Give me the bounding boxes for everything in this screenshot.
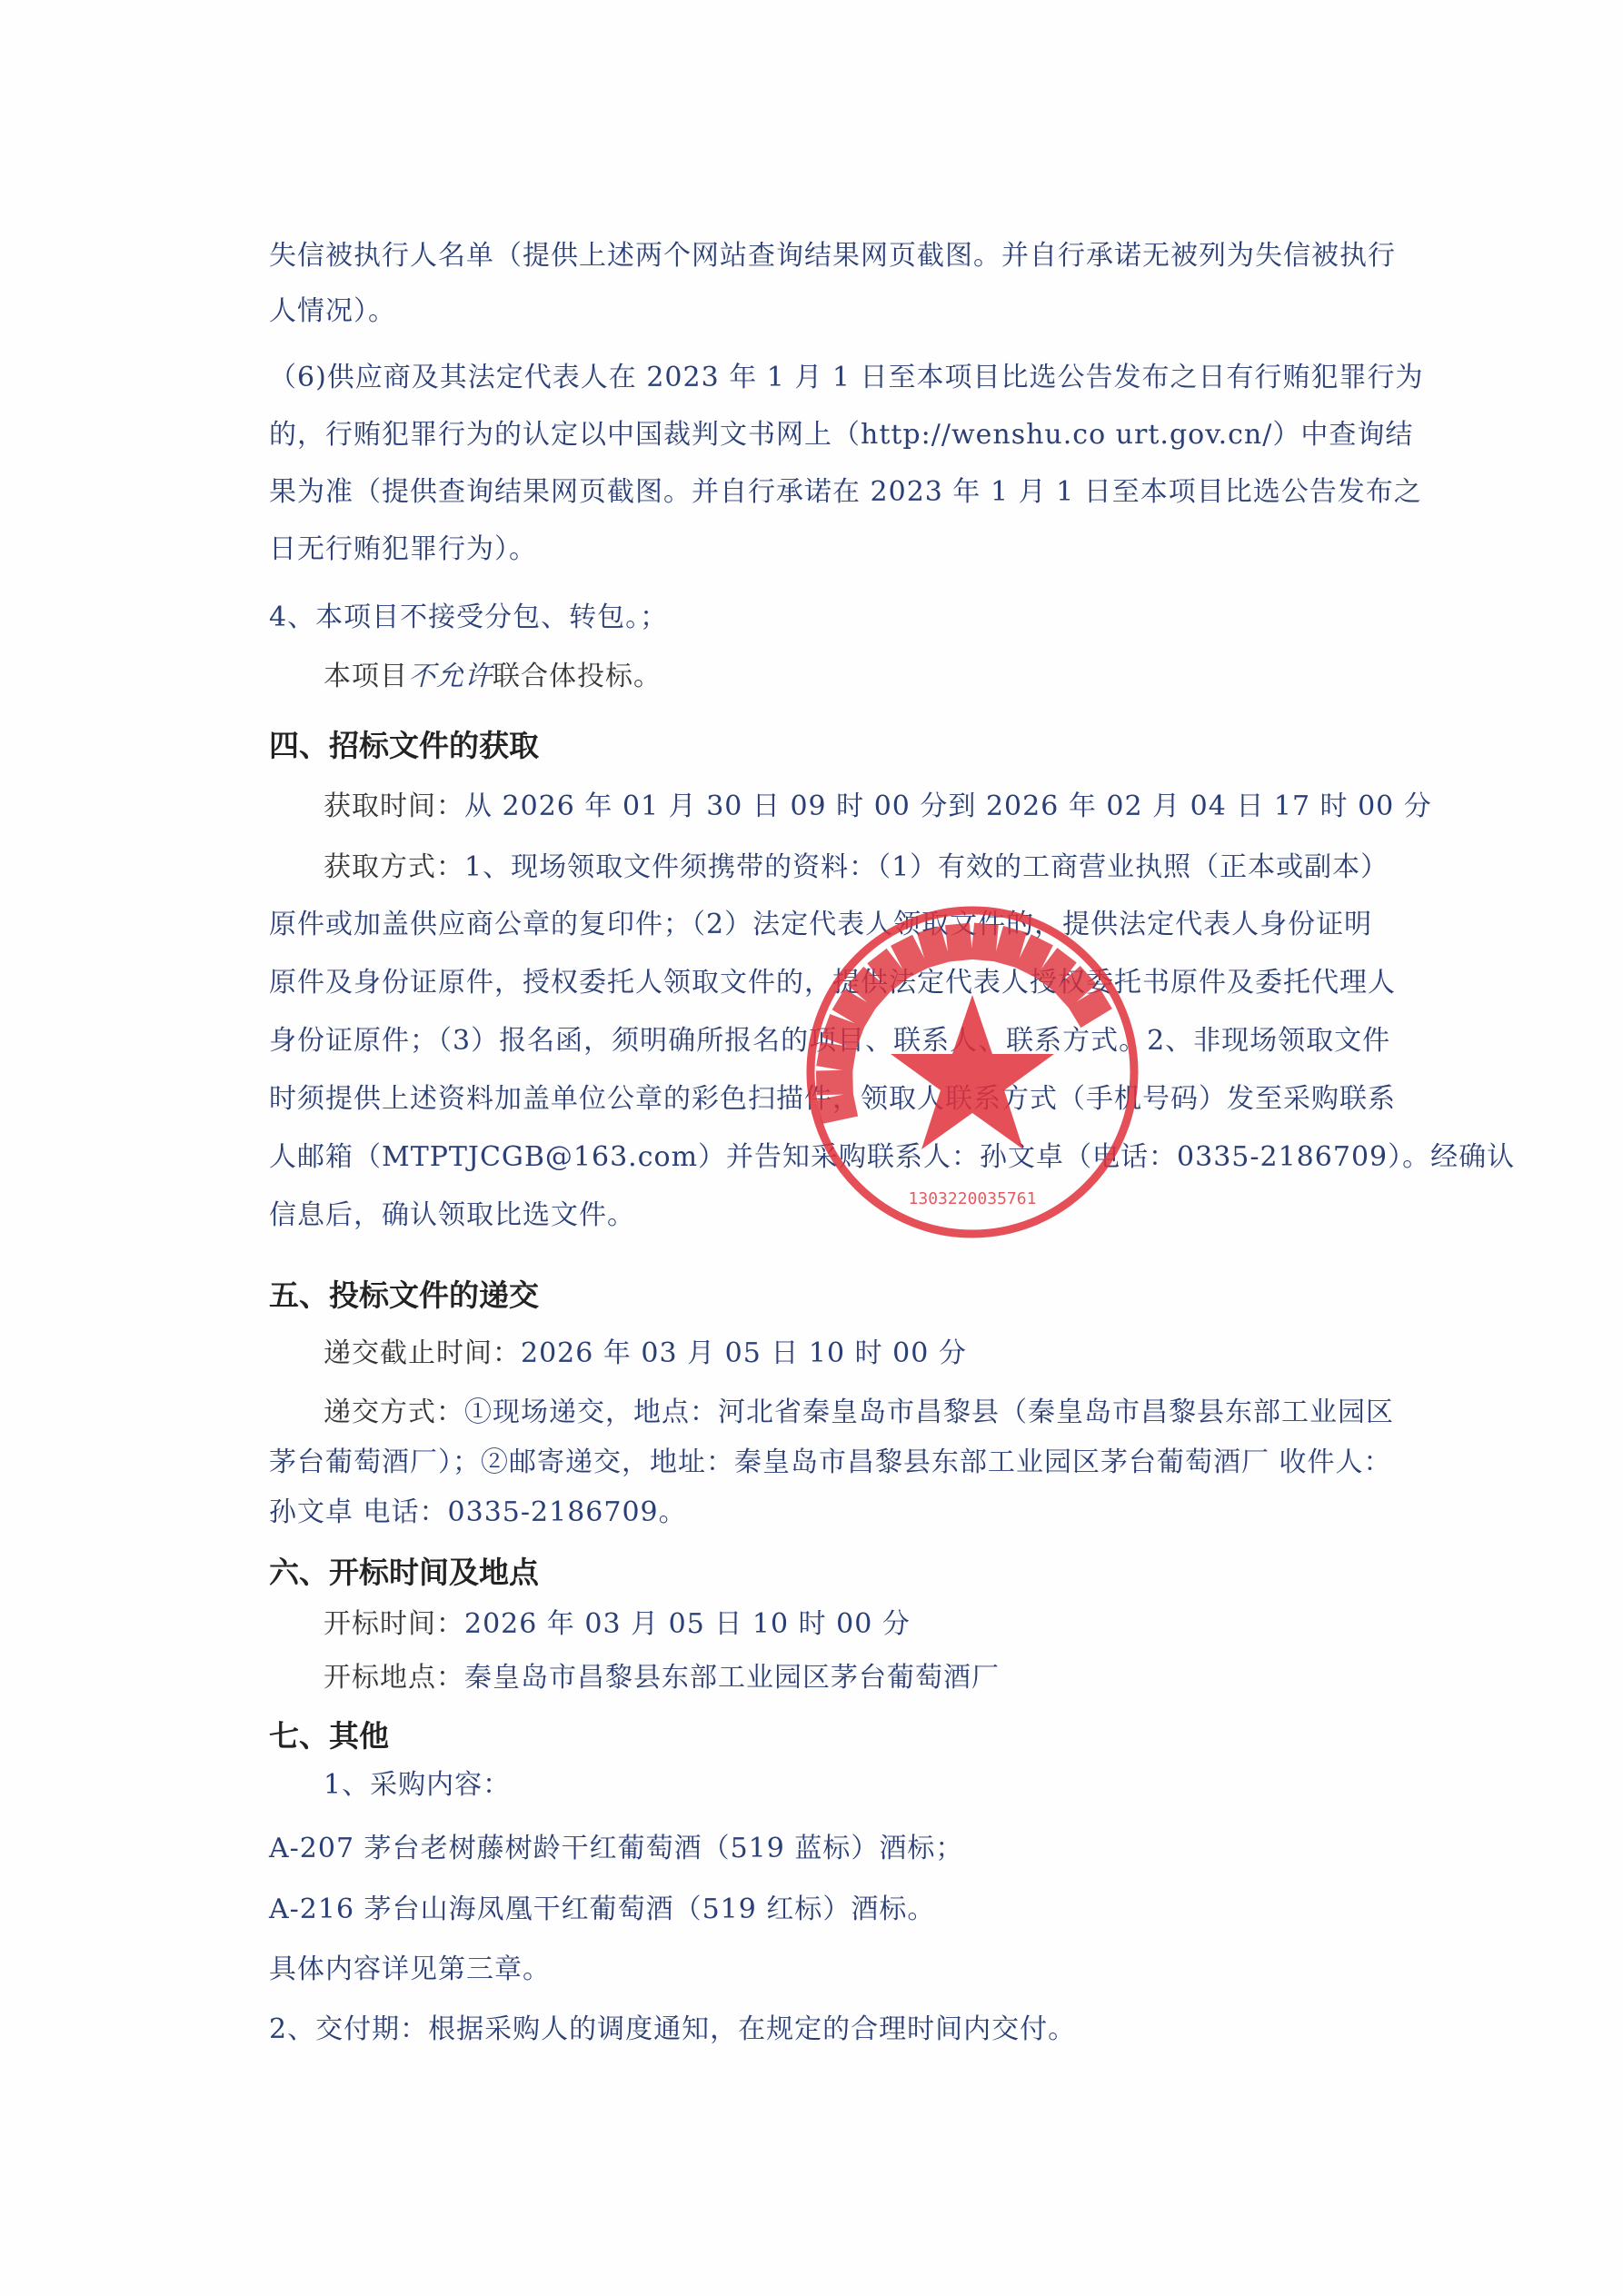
procurement-content-label: 1、采购内容：: [324, 1767, 511, 1804]
paragraph-line: 失信被执行人名单（提供上述两个网站查询结果网页截图。并自行承诺无被列为失信被执行: [269, 238, 1396, 274]
opening-place-label: 开标地点：: [324, 1662, 464, 1694]
paragraph-line: 日无行贿犯罪行为）。: [269, 532, 537, 568]
company-seal-icon: ████████████████ 1303220035761: [800, 900, 1145, 1245]
acquire-method-line: 获取方式：1、现场领取文件须携带的资料：（1）有效的工商营业执照（正本或副本）: [324, 850, 1389, 886]
opening-time-line: 开标时间：2026 年 03 月 05 日 10 时 00 分: [324, 1606, 911, 1643]
paragraph-line: 身份证原件；（3）报名函，须明确所报名的项目、联系人、联系方式。2、非现场领取文…: [269, 1023, 1390, 1059]
seal-serial: 1303220035761: [909, 1189, 1037, 1208]
acquire-time-line: 获取时间：从 2026 年 01 月 30 日 09 时 00 分到 2026 …: [324, 789, 1432, 825]
paragraph-line: 人情况）。: [269, 293, 396, 330]
document-page: 失信被执行人名单（提供上述两个网站查询结果网页截图。并自行承诺无被列为失信被执行…: [0, 0, 1623, 2296]
item-4: 4、本项目不接受分包、转包。；: [269, 600, 668, 636]
submit-method-text: ①现场递交，地点：河北省秦皇岛市昌黎县（秦皇岛市昌黎县东部工业园区: [464, 1396, 1394, 1428]
consortium-prefix: 本项目: [324, 661, 408, 692]
paragraph-line: 的，行贿犯罪行为的认定以中国裁判文书网上（http://wenshu.co ur…: [269, 417, 1413, 453]
goods-item: A-207 茅台老树藤树龄干红葡萄酒（519 蓝标）酒标；: [269, 1831, 963, 1867]
paragraph-line: 原件及身份证原件，授权委托人领取文件的，提供法定代表人授权委托书原件及委托代理人: [269, 965, 1396, 1001]
section-6-heading: 六、开标时间及地点: [269, 1549, 539, 1592]
acquire-method-label: 获取方式：: [324, 851, 464, 883]
paragraph-line: 时须提供上述资料加盖单位公章的彩色扫描件，领取人联系方式（手机号码）发至采购联系: [269, 1081, 1396, 1118]
acquire-time-label: 获取时间：: [324, 790, 464, 822]
deadline-label: 递交截止时间：: [324, 1337, 521, 1369]
section-5-heading: 五、投标文件的递交: [269, 1272, 539, 1315]
consortium-line: 本项目不允许联合体投标。: [324, 659, 662, 695]
section-4-heading: 四、招标文件的获取: [269, 722, 539, 765]
delivery-period: 2、交付期：根据采购人的调度通知，在规定的合理时间内交付。: [269, 2012, 1076, 2048]
section-7-heading: 七、其他: [269, 1713, 389, 1755]
paragraph-line: 茅台葡萄酒厂）；②邮寄递交，地址：秦皇岛市昌黎县东部工业园区茅台葡萄酒厂 收件人…: [269, 1445, 1392, 1481]
submit-method-line: 递交方式：①现场递交，地点：河北省秦皇岛市昌黎县（秦皇岛市昌黎县东部工业园区: [324, 1395, 1394, 1431]
consortium-italic: 不允许: [408, 661, 493, 692]
paragraph-line: 人邮箱（MTPTJCGB@163.com）并告知采购联系人：孙文卓（电话：033…: [269, 1139, 1515, 1176]
paragraph-line: 孙文卓 电话：0335-2186709。: [269, 1495, 687, 1531]
opening-time-label: 开标时间：: [324, 1608, 464, 1640]
acquire-time-value: 从 2026 年 01 月 30 日 09 时 00 分到 2026 年 02 …: [464, 790, 1432, 822]
paragraph-line: 原件或加盖供应商公章的复印件；（2）法定代表人领取文件的，提供法定代表人身份证明: [269, 907, 1372, 943]
goods-item: A-216 茅台山海凤凰干红葡萄酒（519 红标）酒标。: [269, 1892, 935, 1928]
paragraph-line: 信息后，确认领取比选文件。: [269, 1198, 635, 1234]
opening-place-line: 开标地点：秦皇岛市昌黎县东部工业园区茅台葡萄酒厂: [324, 1660, 1000, 1696]
consortium-suffix: 联合体投标。: [493, 661, 662, 692]
opening-time-value: 2026 年 03 月 05 日 10 时 00 分: [464, 1608, 911, 1640]
deadline-line: 递交截止时间：2026 年 03 月 05 日 10 时 00 分: [324, 1336, 967, 1372]
acquire-method-text: 1、现场领取文件须携带的资料：（1）有效的工商营业执照（正本或副本）: [464, 851, 1389, 883]
detail-note: 具体内容详见第三章。: [269, 1952, 551, 1988]
paragraph-line: （6)供应商及其法定代表人在 2023 年 1 月 1 日至本项目比选公告发布之…: [269, 360, 1424, 396]
submit-method-label: 递交方式：: [324, 1396, 464, 1428]
paragraph-line: 果为准（提供查询结果网页截图。并自行承诺在 2023 年 1 月 1 日至本项目…: [269, 474, 1422, 511]
opening-place-value: 秦皇岛市昌黎县东部工业园区茅台葡萄酒厂: [464, 1662, 1000, 1694]
deadline-value: 2026 年 03 月 05 日 10 时 00 分: [521, 1337, 967, 1369]
